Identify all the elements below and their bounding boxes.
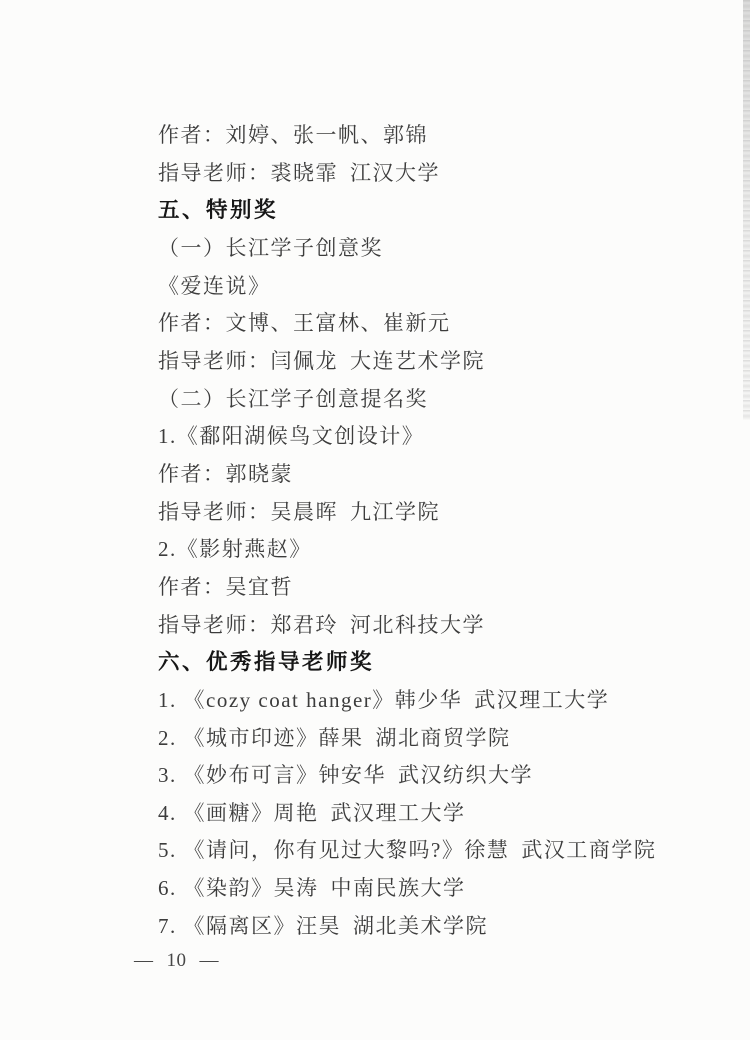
page-footer: —10— bbox=[134, 948, 219, 974]
text-line: 指导老师：吴晨晖 九江学院 bbox=[158, 494, 698, 532]
scan-edge-artifact bbox=[743, 0, 750, 420]
footer-dash-left: — bbox=[134, 950, 154, 971]
text-line: 指导老师：裘晓霏 江汉大学 bbox=[158, 155, 698, 193]
text-line: 《爱连说》 bbox=[158, 268, 698, 306]
text-line: 指导老师：闫佩龙 大连艺术学院 bbox=[158, 343, 698, 381]
text-line: 5. 《请问，你有见过大黎吗?》徐慧 武汉工商学院 bbox=[158, 832, 698, 870]
text-line: 作者：文博、王富林、崔新元 bbox=[158, 305, 698, 343]
text-line: （二）长江学子创意提名奖 bbox=[158, 381, 698, 419]
page-number: 10 bbox=[167, 950, 187, 971]
text-line: 指导老师：郑君玲 河北科技大学 bbox=[158, 607, 698, 645]
text-line: 1.《鄱阳湖候鸟文创设计》 bbox=[158, 418, 698, 456]
text-line: 4. 《画糖》周艳 武汉理工大学 bbox=[158, 795, 698, 833]
text-line: （一）长江学子创意奖 bbox=[158, 230, 698, 268]
text-line: 作者：刘婷、张一帆、郭锦 bbox=[158, 117, 698, 155]
text-line: 2.《影射燕赵》 bbox=[158, 531, 698, 569]
text-line: 2. 《城市印迹》薛果 湖北商贸学院 bbox=[158, 720, 698, 758]
document-page: 作者：刘婷、张一帆、郭锦指导老师：裘晓霏 江汉大学五、特别奖（一）长江学子创意奖… bbox=[0, 0, 750, 1040]
text-line: 作者：吴宜哲 bbox=[158, 569, 698, 607]
text-line: 7. 《隔离区》汪昊 湖北美术学院 bbox=[158, 908, 698, 946]
text-line: 3. 《妙布可言》钟安华 武汉纺织大学 bbox=[158, 757, 698, 795]
text-line: 1. 《cozy coat hanger》韩少华 武汉理工大学 bbox=[158, 682, 698, 720]
footer-dash-right: — bbox=[200, 950, 220, 971]
section-heading: 六、优秀指导老师奖 bbox=[158, 644, 698, 682]
section-heading: 五、特别奖 bbox=[158, 192, 698, 230]
text-line: 6. 《染韵》吴涛 中南民族大学 bbox=[158, 870, 698, 908]
document-body: 作者：刘婷、张一帆、郭锦指导老师：裘晓霏 江汉大学五、特别奖（一）长江学子创意奖… bbox=[158, 117, 698, 945]
text-line: 作者：郭晓蒙 bbox=[158, 456, 698, 494]
